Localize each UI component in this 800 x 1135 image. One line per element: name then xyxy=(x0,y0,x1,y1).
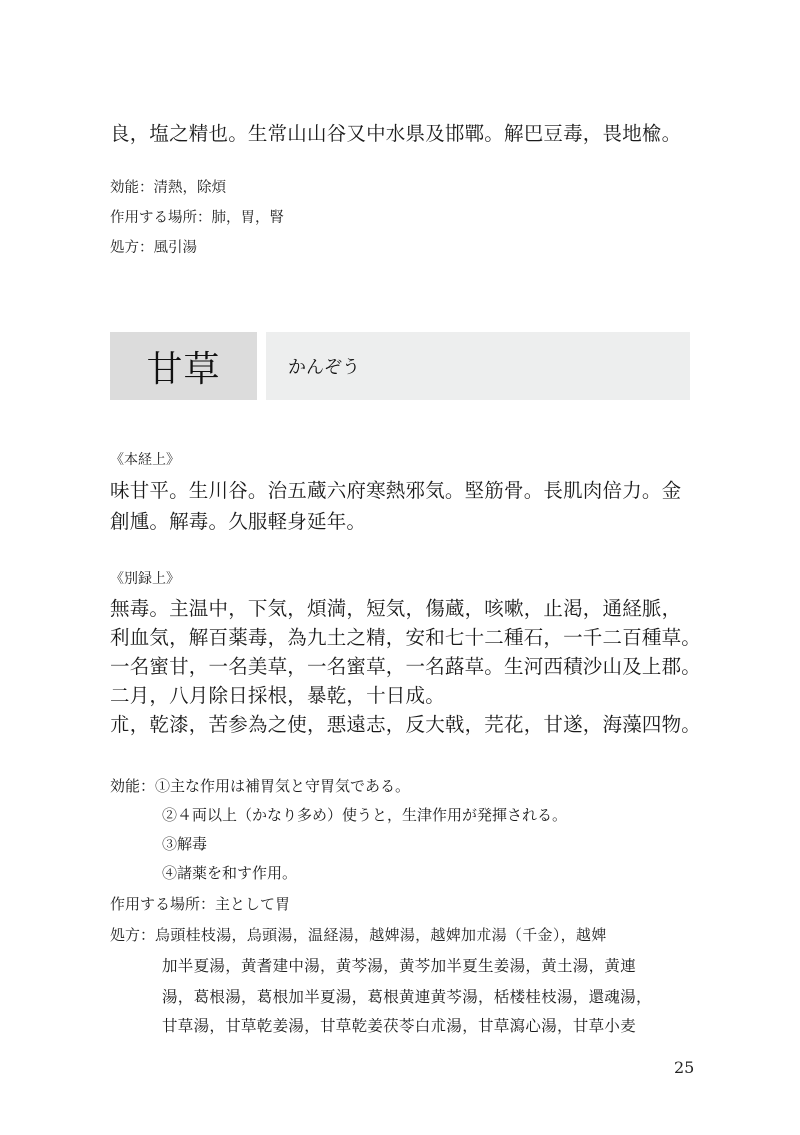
site-label: 作用する場所 xyxy=(110,895,200,913)
prescription-label: 処方 xyxy=(110,926,140,944)
betsuroku-line-3: 一名蜜甘，一名美草，一名蜜草，一名蕗草。生河西積沙山及上郡。 xyxy=(110,653,701,681)
site-label: 作用する場所 xyxy=(110,210,197,226)
prescription-line-4: 甘草湯，甘草乾姜湯，甘草乾姜茯苓白朮湯，甘草瀉心湯，甘草小麦 xyxy=(162,1015,636,1037)
betsuroku-line-2: 利血気，解百薬毒，為九土之精，安和七十二種石，一千二百種草。 xyxy=(110,624,701,652)
benkyo-line-2: 創尰。解毒。久服軽身延年。 xyxy=(110,508,366,536)
prescription-line-3: 湯，葛根湯，葛根加半夏湯，葛根黄連黄芩湯，栝楼桂枝湯，還魂湯， xyxy=(162,986,652,1008)
previous-effects-line: 効能：清熱，除煩 xyxy=(110,177,226,199)
prescription-line-2: 加半夏湯，黄耆建中湯，黄芩湯，黄芩加半夏生姜湯，黄土湯，黄連 xyxy=(162,955,636,977)
effects-line-1: 効能：①主な作用は補胃気と守胃気である。 xyxy=(110,775,410,798)
separator: ： xyxy=(140,777,155,795)
effect-item-3: ③解毒 xyxy=(162,833,207,855)
separator: ： xyxy=(140,926,155,944)
betsuroku-line-5: 朮，乾漆，苦参為之使，悪遠志，反大戟，芫花，甘遂，海藻四物。 xyxy=(110,711,701,739)
effects-label: 効能 xyxy=(110,777,140,795)
previous-prescription-line: 処方：風引湯 xyxy=(110,237,197,259)
effect-item-4: ④諸薬を和す作用。 xyxy=(162,862,297,884)
site-value: 主として胃 xyxy=(215,895,290,913)
effects-value: 清熱，除煩 xyxy=(154,180,227,196)
prescription-label: 処方 xyxy=(110,240,139,256)
benkyo-tag: 《本経上》 xyxy=(110,450,180,470)
entry-header: 甘草 かんぞう xyxy=(110,332,690,400)
betsuroku-line-4: 二月，八月除日採根，暴乾，十日成。 xyxy=(110,682,445,710)
betsuroku-tag: 《別録上》 xyxy=(110,569,180,589)
prescription-value: 風引湯 xyxy=(154,240,198,256)
entry-reading: かんぞう xyxy=(266,332,690,400)
benkyo-line-1: 味甘平。生川谷。治五蔵六府寒熱邪気。堅筋骨。長肌肉倍力。金 xyxy=(110,477,681,505)
site-value: 肺，胃，腎 xyxy=(212,210,285,226)
betsuroku-line-1: 無毒。主温中，下気，煩満，短気，傷蔵，咳嗽，止渇，通経脈， xyxy=(110,595,681,623)
site-line: 作用する場所：主として胃 xyxy=(110,893,290,916)
previous-site-line: 作用する場所：肺，胃，腎 xyxy=(110,207,284,229)
effect-item-2: ②４両以上（かなり多め）使うと，生津作用が発揮される。 xyxy=(162,804,567,826)
separator: ： xyxy=(139,240,154,256)
prescription-line-1: 処方：烏頭桂枝湯，烏頭湯，温経湯，越婢湯，越婢加朮湯（千金），越婢 xyxy=(110,924,607,947)
separator: ： xyxy=(197,210,212,226)
separator: ： xyxy=(139,180,154,196)
page-number: 25 xyxy=(674,1058,694,1077)
prescription-text-1: 烏頭桂枝湯，烏頭湯，温経湯，越婢湯，越婢加朮湯（千金），越婢 xyxy=(155,926,607,944)
previous-entry-text: 良，塩之精也。生常山山谷又中水県及邯鄲。解巴豆毒，畏地楡。 xyxy=(110,120,681,148)
effects-label: 効能 xyxy=(110,180,139,196)
separator: ： xyxy=(200,895,215,913)
entry-title: 甘草 xyxy=(110,332,257,400)
effect-item-1: ①主な作用は補胃気と守胃気である。 xyxy=(155,777,410,795)
